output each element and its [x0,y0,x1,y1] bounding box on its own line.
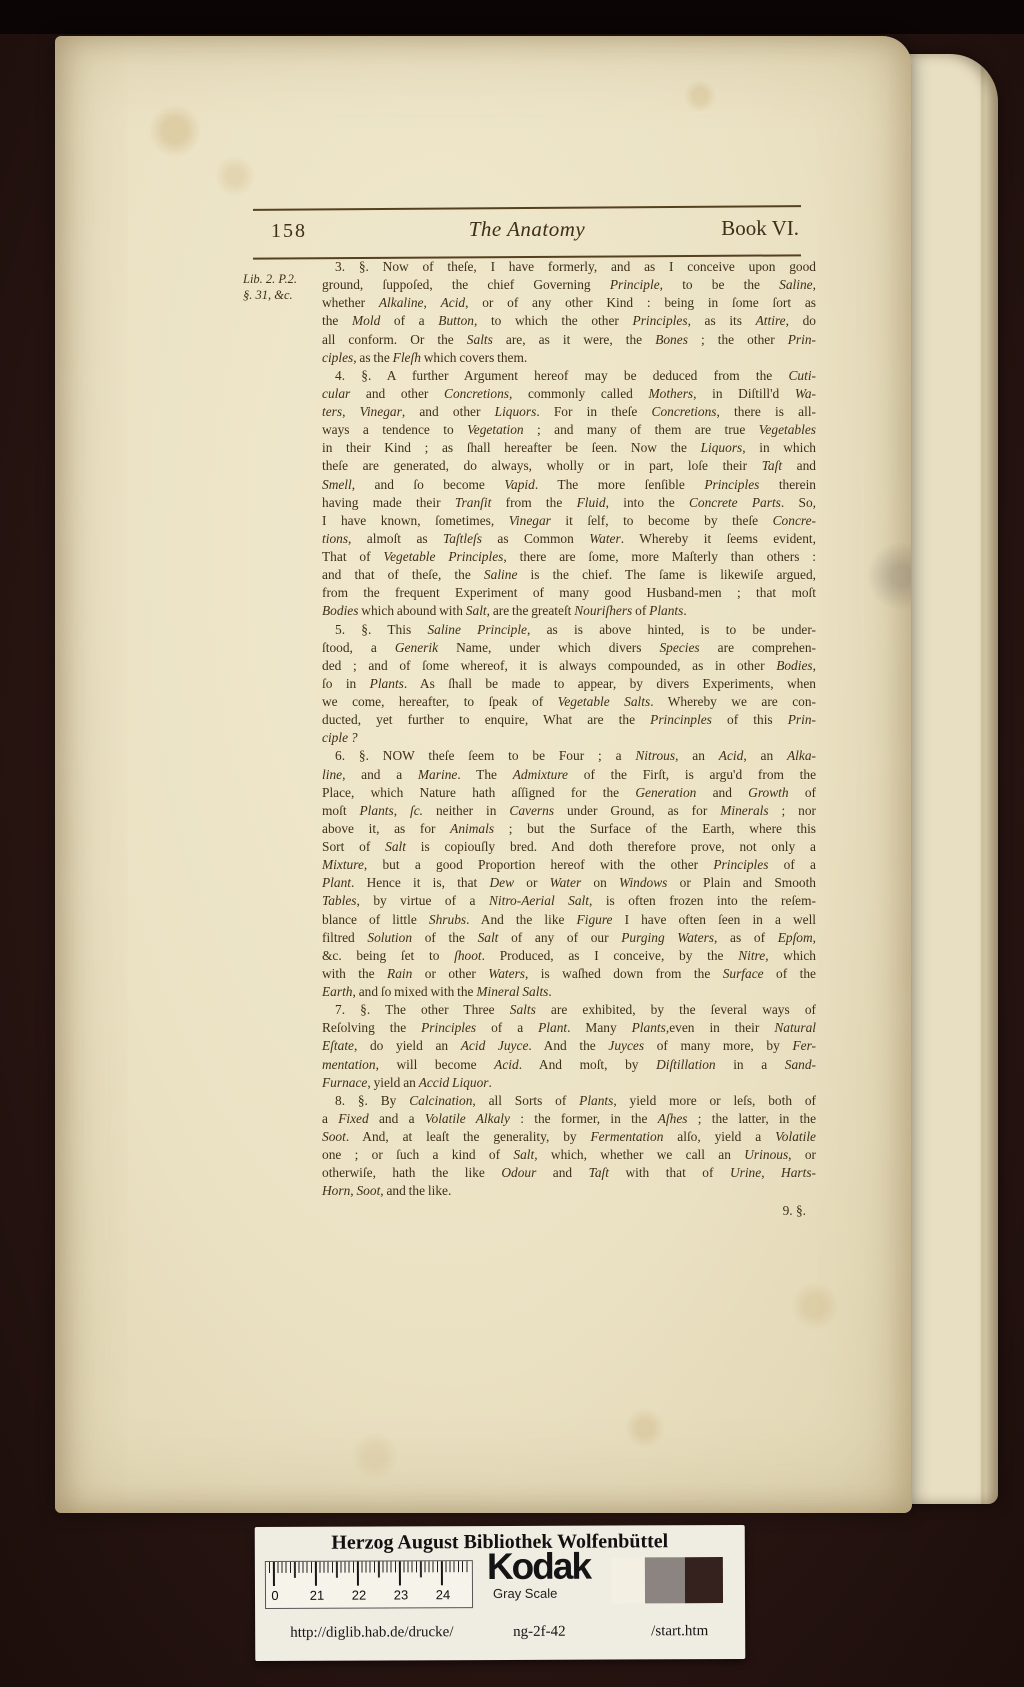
ruler-tick-label: 21 [310,1588,325,1603]
ruler-scale: 021222324 [265,1560,473,1609]
paragraph: 8. §. By Calcination, all Sorts of Plant… [322,1092,816,1201]
ruler-tick [399,1561,401,1585]
text-line: Reſolving the Principles of a Plant. Man… [322,1019,816,1037]
text-line: filtred Solution of the Salt of any of o… [322,929,816,947]
scan-top-bar [0,0,1024,34]
text-line: ciples, as the Fleſh which covers them. [322,349,816,367]
paragraph: 3. §. Now of theſe, I have formerly, and… [322,258,816,367]
scanner-backdrop: { "header": { "page_number": "158", "run… [0,0,1024,1687]
ruler-tick [441,1561,443,1585]
ruler-midtick [420,1561,422,1577]
text-line: ded ; and of ſome whereof, it is always … [322,657,816,675]
text-line: line, and a Marine. The Admixture of the… [322,766,816,784]
text-line: one ; or ſuch a kind of Salt, which, whe… [322,1146,816,1164]
ruler-tick [273,1562,275,1586]
text-line: otherwiſe, hath the like Odour and Taſt … [322,1164,816,1182]
text-line: 7. §. The other Three Salts are exhibite… [322,1001,816,1019]
text-line: Tables, by virtue of a Nitro-Aerial Salt… [322,892,816,910]
text-line: theſe are generated, do always, wholly o… [322,457,816,475]
kodak-brand: Kodak [487,1548,590,1586]
text-line: 3. §. Now of theſe, I have formerly, and… [322,258,816,276]
text-line: Smell, and ſo become Vapid. The more ſen… [322,476,816,494]
text-line: we come, hereafter, to ſpeak of Vegetabl… [322,693,816,711]
book-page-edges [898,54,998,1504]
ruler-midtick [378,1562,380,1578]
page-header: 158 The Anatomy Book VI. [253,212,801,252]
text-line: having made their Tranſit from the Fluid… [322,494,816,512]
gray-patch-light [611,1557,645,1603]
text-line: Horn, Soot, and the like. [322,1182,816,1200]
text-line: mentation, will become Acid. And moſt, b… [322,1056,816,1074]
body-text: 3. §. Now of theſe, I have formerly, and… [322,258,816,1201]
text-line: 6. §. NOW theſe ſeem to be Four ; a Nitr… [322,747,816,765]
gray-patch-dark [685,1557,723,1603]
text-line: ground, ſuppoſed, the chief Governing Pr… [322,276,816,294]
ruler-tick [357,1562,359,1586]
paragraph: 4. §. A further Argument hereof may be d… [322,367,816,621]
paragraph: 5. §. This Saline Principle, as is above… [322,621,816,748]
text-line: from the frequent Experiment of many goo… [322,584,816,602]
library-color-bar: Herzog August Bibliothek Wolfenbüttel 02… [255,1525,746,1661]
label-footer-row: http://diglib.hab.de/drucke/ ng-2f-42 /s… [255,1623,745,1649]
text-line: 5. §. This Saline Principle, as is above… [322,621,816,639]
text-line: 4. §. A further Argument hereof may be d… [322,367,816,385]
header-rule-top [253,205,801,211]
text-line: moſt Plants, ſc. neither in Caverns unde… [322,802,816,820]
text-line: with the Rain or other Waters, is waſhed… [322,965,816,983]
text-line: Earth, and ſo mixed with the Mineral Sal… [322,983,816,1001]
ruler-minor-ticks [269,1561,469,1573]
paragraph: 7. §. The other Three Salts are exhibite… [322,1001,816,1092]
text-line: ſtood, a Generik Name, under which diver… [322,639,816,657]
catchword: 9. §. [322,1203,816,1219]
text-line: tions, almoſt as Taſtleſs as Common Wate… [322,530,816,548]
footer-shelfmark: ng-2f-42 [513,1624,566,1641]
text-line: Furnace, yield an Accid Liquor. [322,1074,816,1092]
text-line: 8. §. By Calcination, all Sorts of Plant… [322,1092,816,1110]
text-line: and that of theſe, the Saline is the chi… [322,566,816,584]
ruler-midtick [336,1562,338,1578]
text-line: a Fixed and a Volatile Alkaly : the form… [322,1110,816,1128]
text-line: ways a tendence to Vegetation ; and many… [322,421,816,439]
text-line: &c. being ſet to ſhoot. Produced, as I c… [322,947,816,965]
footer-url-base: http://diglib.hab.de/drucke/ [290,1624,453,1642]
text-line: Soot. And, at leaſt the generality, by F… [322,1128,816,1146]
running-title: The Anatomy [253,217,801,242]
text-line: blance of little Shrubs. And the like Fi… [322,911,816,929]
text-line: ters, Vinegar, and other Liquors. For in… [322,403,816,421]
paragraph: 6. §. NOW theſe ſeem to be Four ; a Nitr… [322,747,816,1001]
margin-note: Lib. 2. P.2. §. 31, &c. [243,272,329,303]
text-line: Mixture, but a good Proportion hereof wi… [322,856,816,874]
text-line: Plant. Hence it is, that Dew or Water on… [322,874,816,892]
text-line: all conform. Or the Salts are, as it wer… [322,331,816,349]
ruler-tick-label: 23 [394,1587,409,1602]
footer-url-page: /start.htm [651,1623,708,1640]
text-line: ducted, yet further to enquire, What are… [322,711,816,729]
ruler-tick-label: 24 [436,1587,451,1602]
ruler-midtick [294,1562,296,1578]
text-line: above it, as for Animals ; but the Surfa… [322,820,816,838]
text-line: the Mold of a Button, to which the other… [322,312,816,330]
text-line: ſo in Plants. As ſhall be made to appear… [322,675,816,693]
text-line: That of Vegetable Principles, there are … [322,548,816,566]
book-label: Book VI. [721,216,799,241]
text-line: Place, which Nature hath aſſigned for th… [322,784,816,802]
text-line: I have known, ſometimes, Vinegar it ſelf… [322,512,816,530]
kodak-subtitle: Gray Scale [493,1586,590,1601]
text-line: Eſtate, do yield an Acid Juyce. And the … [322,1037,816,1055]
text-line: ciple ? [322,729,816,747]
margin-note-line: Lib. 2. P.2. [243,272,329,288]
margin-note-line: §. 31, &c. [243,288,329,304]
text-line: Sort of Salt is copiouſly bred. And doth… [322,838,816,856]
text-line: Bodies which abound with Salt, are the g… [322,602,816,620]
ruler-tick-label: 0 [271,1588,278,1603]
text-line: in their Kind ; as ſhall hereafter be ſe… [322,439,816,457]
book-page: 158 The Anatomy Book VI. Lib. 2. P.2. §.… [55,36,912,1513]
ruler-tick-label: 22 [352,1588,367,1603]
text-line: cular and other Concretions, commonly ca… [322,385,816,403]
gray-patch-mid [645,1557,685,1603]
text-line: whether Alkaline, Acid, or of any other … [322,294,816,312]
ruler-tick [315,1562,317,1586]
kodak-block: Kodak Gray Scale [487,1548,590,1601]
